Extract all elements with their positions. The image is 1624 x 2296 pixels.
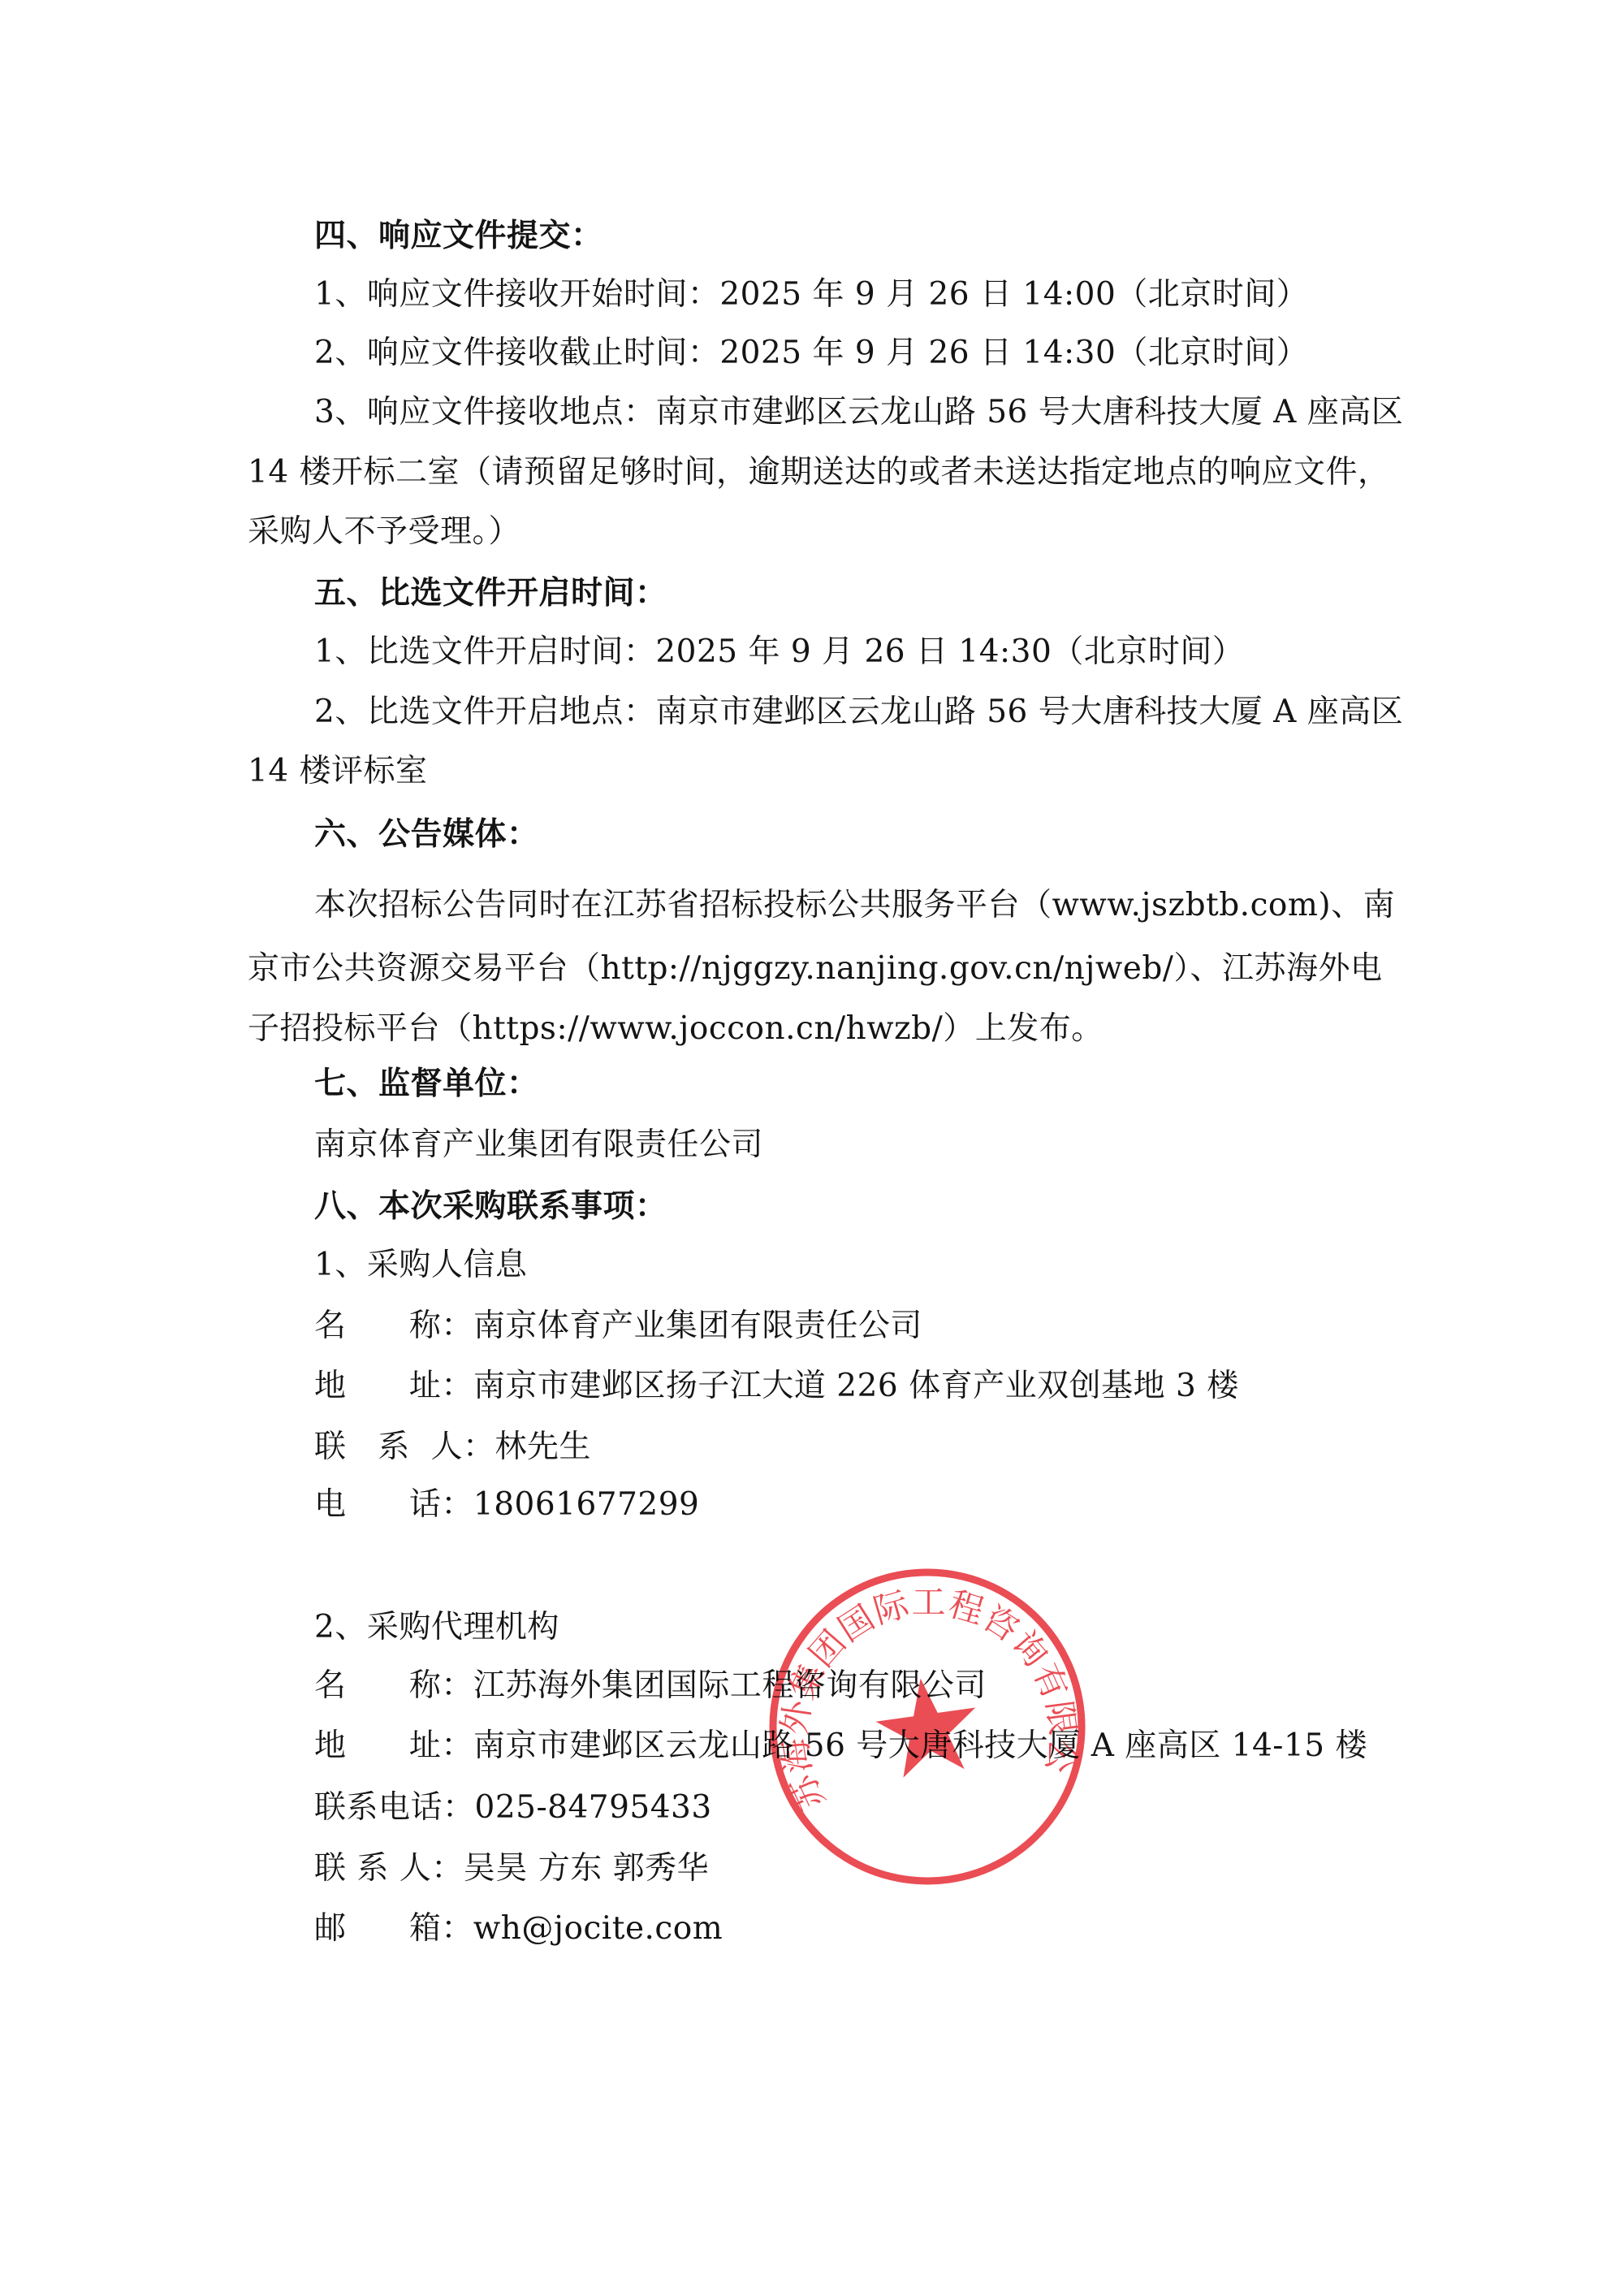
purchaser-name-row: 名 称：南京体育产业集团有限责任公司 <box>314 1306 922 1347</box>
purchaser-phone-value: 18061677299 <box>473 1486 699 1523</box>
section-6-line-1: 本次招标公告同时在江苏省招标投标公共服务平台（www.jszbtb.com)、南 <box>314 885 1395 926</box>
purchaser-name-label: 名 称： <box>314 1308 473 1344</box>
section-5-heading: 五、比选文件开启时间： <box>314 573 667 613</box>
section-5-line-1: 1、比选文件开启时间：2025 年 9 月 26 日 14:30（北京时间） <box>314 632 1244 672</box>
agency-address-label: 地 址： <box>314 1727 473 1764</box>
purchaser-address-label: 地 址： <box>314 1368 473 1404</box>
section-6-line-2: 京市公共资源交易平台（http://njggzy.nanjing.gov.cn/… <box>248 949 1382 989</box>
section-6-heading: 六、公告媒体： <box>314 814 539 854</box>
section-7-line-1: 南京体育产业集团有限责任公司 <box>314 1125 763 1165</box>
agency-email-row: 邮 箱：wh@jocite.com <box>314 1909 723 1949</box>
document-page: 四、响应文件提交： 1、响应文件接收开始时间：2025 年 9 月 26 日 1… <box>0 0 1624 2296</box>
purchaser-contact-label: 联 系 人： <box>314 1429 495 1465</box>
section-4-line-5: 采购人不予受理。） <box>248 512 520 552</box>
agency-contact-value: 吴昊 方东 郭秀华 <box>464 1850 709 1887</box>
agency-title: 2、采购代理机构 <box>314 1607 559 1648</box>
section-5-line-3: 14 楼评标室 <box>248 751 428 792</box>
section-4-line-3: 3、响应文件接收地点：南京市建邺区云龙山路 56 号大唐科技大厦 A 座高区 <box>314 392 1403 433</box>
purchaser-title: 1、采购人信息 <box>314 1245 527 1286</box>
agency-contact-label: 联 系 人： <box>314 1850 464 1887</box>
agency-phone-row: 联系电话：025-84795433 <box>314 1788 712 1828</box>
agency-phone-label: 联系电话： <box>314 1789 475 1826</box>
purchaser-phone-label: 电 话： <box>314 1486 473 1523</box>
section-7-heading: 七、监督单位： <box>314 1063 539 1104</box>
section-6-line-3: 子招投标平台（https://www.joccon.cn/hwzb/）上发布。 <box>248 1009 1104 1049</box>
section-4-line-1: 1、响应文件接收开始时间：2025 年 9 月 26 日 14:00（北京时间） <box>314 275 1308 315</box>
section-5-line-2: 2、比选文件开启地点：南京市建邺区云龙山路 56 号大唐科技大厦 A 座高区 <box>314 692 1403 733</box>
purchaser-contact-value: 林先生 <box>495 1429 592 1465</box>
purchaser-name-value: 南京体育产业集团有限责任公司 <box>473 1308 922 1344</box>
section-4-heading: 四、响应文件提交： <box>314 215 603 256</box>
star-icon <box>870 1671 983 1780</box>
seal-text: 江苏海外集团国际工程咨询有限公司 <box>744 1543 1089 1822</box>
purchaser-address-row: 地 址：南京市建邺区扬子江大道 226 体育产业双创基地 3 楼 <box>314 1366 1239 1407</box>
agency-email-label: 邮 箱： <box>314 1910 473 1947</box>
agency-email-value: wh@jocite.com <box>473 1910 723 1947</box>
section-8-heading: 八、本次采购联系事项： <box>314 1186 667 1226</box>
purchaser-contact-row: 联 系 人：林先生 <box>314 1427 591 1468</box>
section-4-line-4: 14 楼开标二室（请预留足够时间，逾期送达的或者未送达指定地点的响应文件， <box>248 452 1390 493</box>
purchaser-phone-row: 电 话：18061677299 <box>314 1485 699 1525</box>
agency-name-label: 名 称： <box>314 1667 473 1704</box>
section-4-line-2: 2、响应文件接收截止时间：2025 年 9 月 26 日 14:30（北京时间） <box>314 333 1308 374</box>
purchaser-address-value: 南京市建邺区扬子江大道 226 体育产业双创基地 3 楼 <box>473 1368 1239 1404</box>
agency-contact-row: 联 系 人：吴昊 方东 郭秀华 <box>314 1848 709 1889</box>
agency-phone-value: 025-84795433 <box>475 1789 712 1826</box>
official-seal-stamp: 江苏海外集团国际工程咨询有限公司 <box>744 1543 1111 1910</box>
